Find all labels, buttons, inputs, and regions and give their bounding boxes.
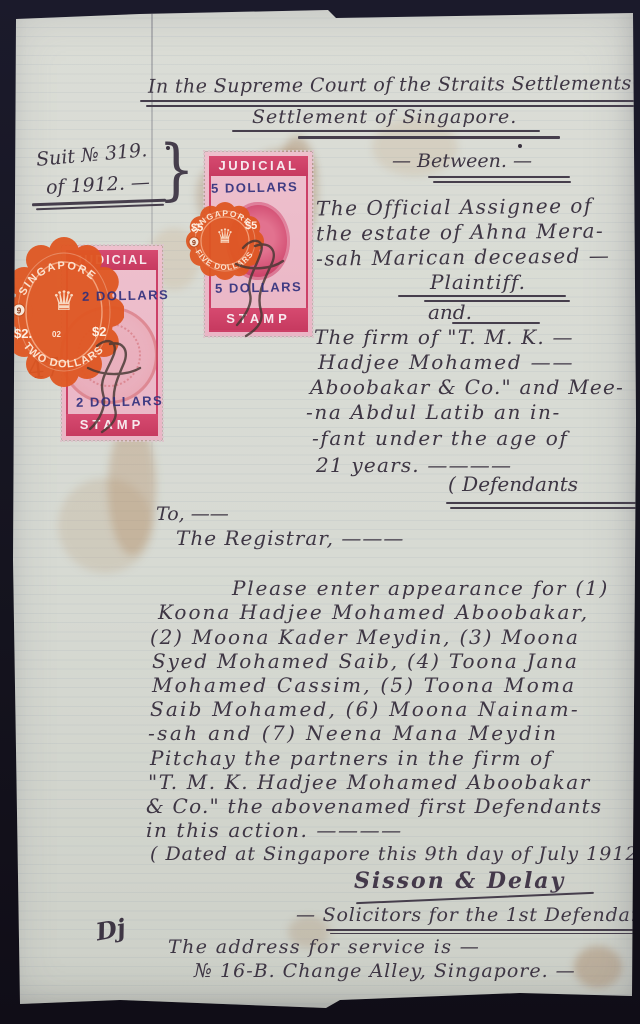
cancel-scrawl-two	[90, 341, 115, 429]
document-photo: In the Supreme Court of the Straits Sett…	[0, 0, 640, 1024]
cancel-scrawl-two	[88, 368, 140, 374]
paper-sheet: In the Supreme Court of the Straits Sett…	[0, 0, 640, 1024]
cancel-scrawl-five	[236, 261, 283, 268]
five-dollars-overprint: 5 DOLLARS	[215, 279, 302, 296]
two-dollars-overprint: 2 DOLLARS	[76, 393, 163, 410]
two-dollars-overprint: 2 DOLLARS	[82, 287, 169, 304]
five-dollars-overprint: 5 DOLLARS	[211, 179, 298, 196]
ink-cancellation-marks	[0, 0, 640, 1024]
